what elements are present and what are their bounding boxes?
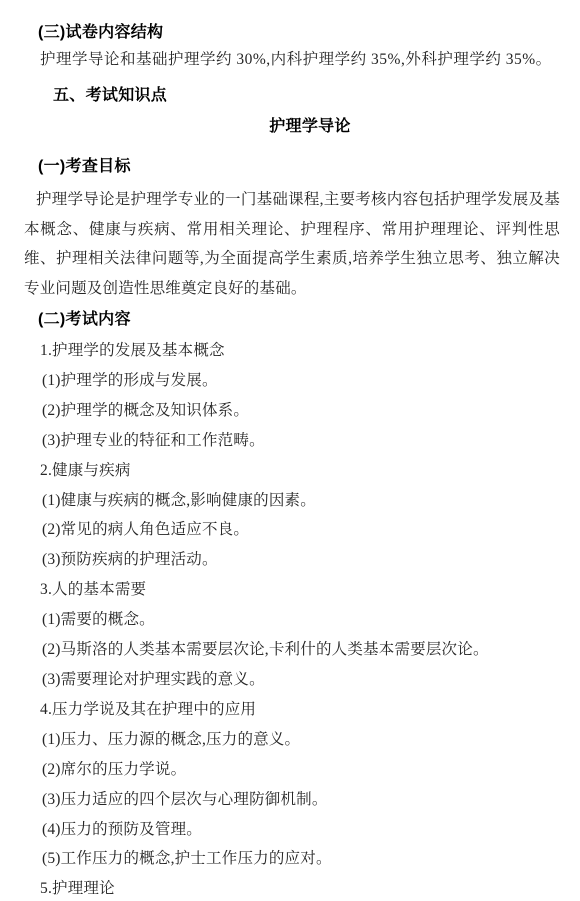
list-item: (3)护理专业的特征和工作范畴。 xyxy=(0,426,580,456)
list-item: (3)压力适应的四个层次与心理防御机制。 xyxy=(0,785,580,815)
list-item: 2.健康与疾病 xyxy=(0,456,580,486)
list-item: (2)护理学的概念及知识体系。 xyxy=(0,396,580,426)
heading-assessment-objectives: (一)考查目标 xyxy=(38,153,131,176)
list-item: (3)预防疾病的护理活动。 xyxy=(0,545,580,575)
list-item: (4)压力的预防及管理。 xyxy=(0,815,580,845)
list-item: 3.人的基本需要 xyxy=(0,575,580,605)
objectives-paragraph: 护理学导论是护理学专业的一门基础课程,主要考核内容包括护理学发展及基本概念、健康… xyxy=(24,185,560,303)
list-item: (2)常见的病人角色适应不良。 xyxy=(0,515,580,545)
list-item: (1)压力、压力源的概念,压力的意义。 xyxy=(0,725,580,755)
list-item: (2)马斯洛的人类基本需要层次论,卡利什的人类基本需要层次论。 xyxy=(0,635,580,665)
document-page: (三)试卷内容结构 护理学导论和基础护理学约 30%,内科护理学约 35%,外科… xyxy=(0,0,580,901)
list-item: (2)席尔的压力学说。 xyxy=(0,755,580,785)
exam-content-list: 1.护理学的发展及基本概念 (1)护理学的形成与发展。 (2)护理学的概念及知识… xyxy=(0,336,580,901)
heading-exam-paper-structure: (三)试卷内容结构 xyxy=(38,19,163,42)
list-item: 1.护理学的发展及基本概念 xyxy=(0,336,580,366)
list-item: (1)需要的概念。 xyxy=(0,605,580,635)
list-item: (1)护理学的形成与发展。 xyxy=(0,366,580,396)
list-item: (5)工作压力的概念,护士工作压力的应对。 xyxy=(0,844,580,874)
heading-exam-knowledge-points: 五、考试知识点 xyxy=(53,82,167,105)
list-item: 4.压力学说及其在护理中的应用 xyxy=(0,695,580,725)
list-item: 5.护理理论 xyxy=(0,874,580,901)
content-distribution-text: 护理学导论和基础护理学约 30%,内科护理学约 35%,外科护理学约 35%。 xyxy=(40,47,552,69)
list-item: (3)需要理论对护理实践的意义。 xyxy=(0,665,580,695)
subject-title: 护理学导论 xyxy=(40,113,580,136)
heading-exam-content: (二)考试内容 xyxy=(38,306,131,329)
list-item: (1)健康与疾病的概念,影响健康的因素。 xyxy=(0,486,580,516)
